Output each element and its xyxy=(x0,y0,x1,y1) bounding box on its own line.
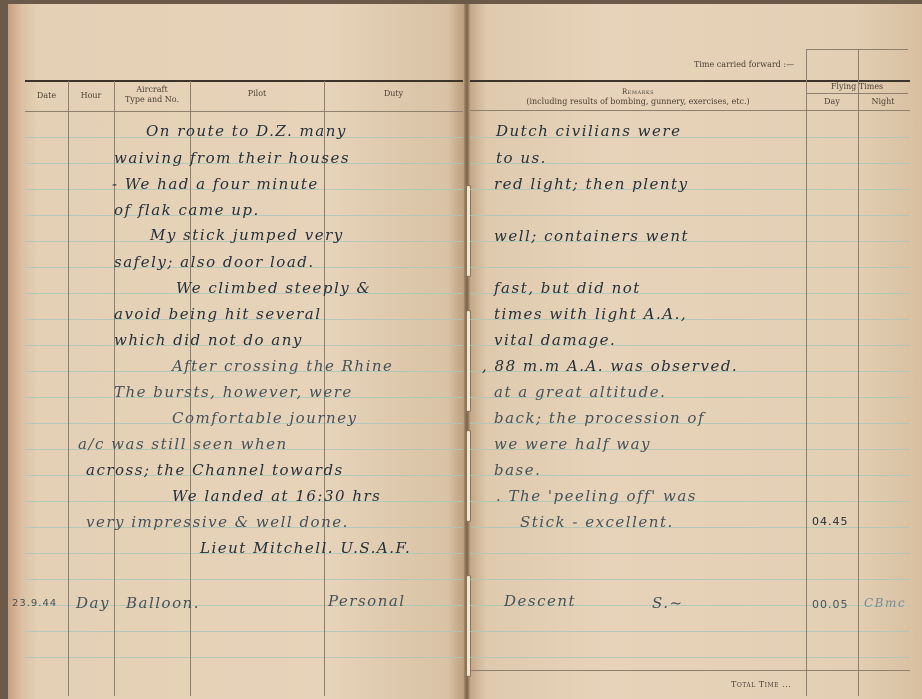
entry-hour: Day xyxy=(76,594,110,612)
header-day: Day xyxy=(806,97,858,107)
narrative-left-line: Lieut Mitchell. U.S.A.F. xyxy=(200,539,411,557)
narrative-left-line: a/c was still seen when xyxy=(78,435,288,453)
narrative-left-line: safely; also door load. xyxy=(114,253,315,271)
narrative-left-line: After crossing the Rhine xyxy=(172,357,393,375)
narrative-left-line: of flak came up. xyxy=(114,201,260,219)
ruled-line xyxy=(470,215,910,216)
narrative-left-line: across; the Channel towards xyxy=(86,461,344,479)
ruled-line xyxy=(25,579,463,580)
header-hour: Hour xyxy=(68,91,114,101)
narrative-left-line: waiving from their houses xyxy=(114,149,350,167)
entry-remarks: Descent xyxy=(504,592,576,610)
total-rule xyxy=(470,670,910,671)
narrative-left-line: avoid being hit several xyxy=(114,305,322,323)
entry-night-note: CBmc xyxy=(864,596,906,610)
ruled-line xyxy=(25,657,463,658)
narrative-left-line: We landed at 16:30 hrs xyxy=(172,487,381,505)
ruled-line xyxy=(470,579,910,580)
narrative-right-line: to us. xyxy=(496,149,547,167)
ruled-line xyxy=(470,267,910,268)
header-remarks: Remarks xyxy=(470,87,806,97)
logbook-spread: Date Hour Aircraft Type and No. Pilot Du… xyxy=(0,0,922,699)
entry-duty: Personal xyxy=(328,592,406,610)
narrative-left-line: which did not do any xyxy=(114,331,303,349)
carried-forward-top xyxy=(806,49,908,50)
entry-aircraft: Balloon. xyxy=(126,594,200,612)
total-time-label: Total Time ... xyxy=(731,680,791,689)
narrative-right-line: vital damage. xyxy=(494,331,616,349)
narrative-right-line: we were half way xyxy=(494,435,651,453)
narrative-left-line: On route to D.Z. many xyxy=(146,122,347,140)
binding-stitch xyxy=(466,430,471,522)
col-divider xyxy=(858,49,859,696)
narrative-left-line: My stick jumped very xyxy=(150,226,344,244)
entry-date: 23.9.44 xyxy=(12,598,57,609)
narrative-right-line: Dutch civilians were xyxy=(496,122,681,140)
narrative-left-line: very impressive & well done. xyxy=(86,513,349,531)
header-remarks-sub: (including results of bombing, gunnery, … xyxy=(470,97,806,107)
header-pilot: Pilot xyxy=(190,89,324,99)
narrative-right-line: at a great altitude. xyxy=(494,383,666,401)
day-time-total: 04.45 xyxy=(812,515,849,528)
narrative-right-line: times with light A.A., xyxy=(494,305,687,323)
time-carried-forward-label: Time carried forward :— xyxy=(694,60,794,69)
header-aircraft: Aircraft xyxy=(114,85,190,95)
narrative-right-line: Stick - excellent. xyxy=(520,513,674,531)
entry-day-time: 00.05 xyxy=(812,598,849,611)
binding-stitch xyxy=(466,185,471,277)
narrative-left-line: Comfortable journey xyxy=(172,409,358,427)
header-night: Night xyxy=(858,97,908,107)
col-divider xyxy=(806,49,807,696)
ruled-line xyxy=(470,657,910,658)
narrative-right-line: . The 'peeling off' was xyxy=(496,487,697,505)
ruled-line xyxy=(470,553,910,554)
header-date: Date xyxy=(25,91,68,101)
ruled-line xyxy=(25,631,463,632)
col-divider xyxy=(68,81,69,696)
header-flying-times: Flying Times xyxy=(806,82,908,92)
narrative-right-line: well; containers went xyxy=(494,227,689,245)
narrative-right-line: back; the procession of xyxy=(494,409,705,427)
binding-stitch xyxy=(466,575,471,677)
narrative-right-line: red light; then plenty xyxy=(494,175,689,193)
narrative-right-line: fast, but did not xyxy=(494,279,641,297)
header-bottom-rule xyxy=(25,111,463,112)
header-aircraft-type: Type and No. xyxy=(114,95,190,105)
flying-times-rule xyxy=(806,93,908,94)
narrative-left-line: The bursts, however, were xyxy=(114,383,353,401)
narrative-left-line: We climbed steeply & xyxy=(176,279,371,297)
header-bottom-rule xyxy=(470,110,910,111)
entry-initials: S.~ xyxy=(652,594,684,612)
narrative-right-line: , 88 m.m A.A. was observed. xyxy=(482,357,738,375)
narrative-right-line: base. xyxy=(494,461,541,479)
narrative-left-line: - We had a four minute xyxy=(112,175,319,193)
header-top-rule xyxy=(25,80,463,82)
header-duty: Duty xyxy=(324,89,463,99)
ruled-line xyxy=(470,631,910,632)
